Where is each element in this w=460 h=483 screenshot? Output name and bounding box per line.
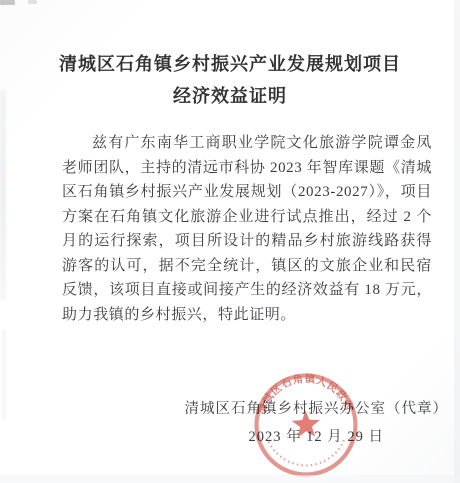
- document-title: 清城区石角镇乡村振兴产业发展规划项目 经济效益证明: [0, 48, 460, 112]
- doc-title-line-2: 经济效益证明: [0, 80, 460, 112]
- scan-artifact-top-left: [0, 0, 15, 5]
- scan-artifact-bottom-edge: [0, 475, 460, 483]
- signature-block: 清城区石角镇乡村振兴办公室（代章） 2023 年 12 月 29 日: [185, 399, 449, 447]
- issue-date: 2023 年 12 月 29 日: [185, 427, 449, 447]
- scan-artifact-left-edge: [0, 90, 6, 300]
- doc-title-line-1: 清城区石角镇乡村振兴产业发展规划项目: [0, 48, 460, 80]
- issuing-office: 清城区石角镇乡村振兴办公室（代章）: [185, 399, 449, 419]
- scanned-certificate-page: 清城区石角镇乡村振兴产业发展规划项目 经济效益证明 兹有广东南华工商职业学院文化…: [0, 0, 460, 483]
- body-paragraph: 兹有广东南华工商职业学院文化旅游学院谭金凤老师团队，主持的清远市科协 2023 …: [62, 131, 432, 327]
- scan-artifact-left-edge-2: [2, 330, 6, 420]
- scan-artifact-top-left-2: [28, 0, 37, 4]
